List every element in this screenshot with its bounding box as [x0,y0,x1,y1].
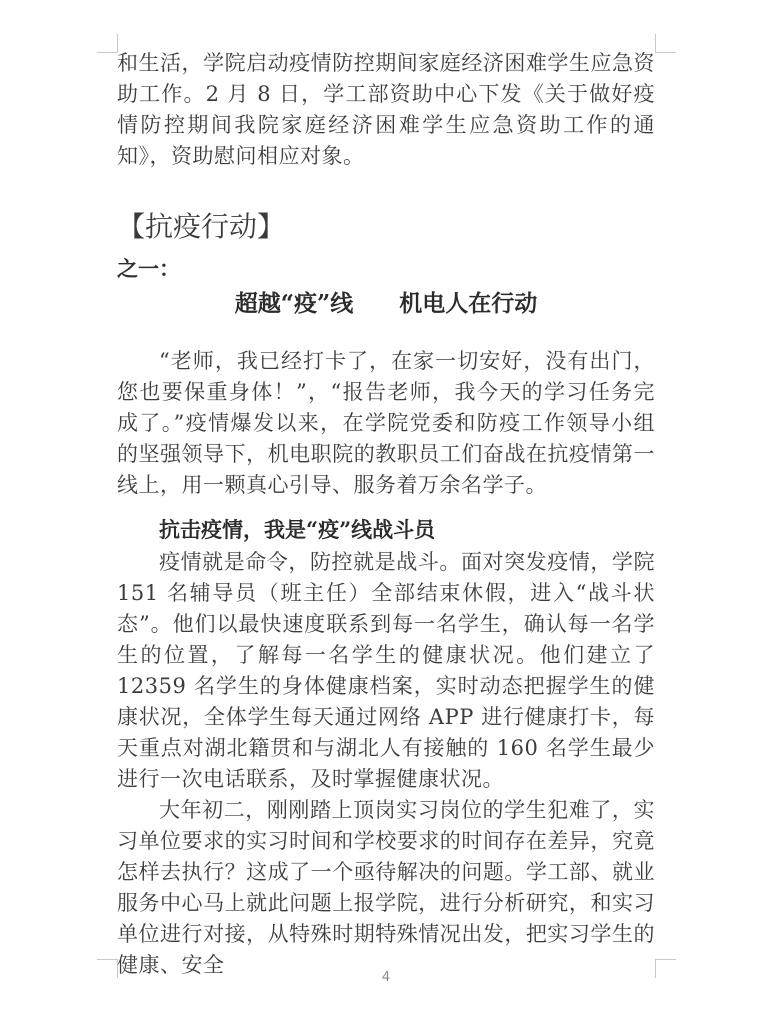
page-content: 和生活，学院启动疫情防控期间家庭经济困难学生应急资助工作。2 月 8 日，学工部… [117,48,655,981]
text-boundary-mark-top-left [97,34,118,53]
text-boundary-mark-top-right [655,34,676,53]
paragraph-student-quotes: “老师，我已经打卡了，在家一切安好，没有出门，您也要保重身体！”，“报告老师，我… [117,346,655,501]
paragraph-epidemic-response: 疫情就是命令，防控就是战斗。面对突发疫情，学院 151 名辅导员（班主任）全部结… [117,547,655,795]
sub-heading-fight-epidemic: 抗击疫情，我是“疫”线战斗员 [117,515,655,545]
paragraph-continuation: 和生活，学院启动疫情防控期间家庭经济困难学生应急资助工作。2 月 8 日，学工部… [117,48,655,172]
document-page: 和生活，学院启动疫情防控期间家庭经济困难学生应急资助工作。2 月 8 日，学工部… [0,0,772,1024]
page-number: 4 [382,970,390,985]
paragraph-internship-issue: 大年初二，刚刚踏上顶岗实习岗位的学生犯难了，实习单位要求的实习时间和学校要求的时… [117,795,655,981]
section-item-label: 之一： [117,254,655,284]
article-title: 超越“疫”线 机电人在行动 [117,288,655,320]
section-heading: 【抗疫行动】 [117,206,655,248]
page-footer: 4 [0,966,772,985]
